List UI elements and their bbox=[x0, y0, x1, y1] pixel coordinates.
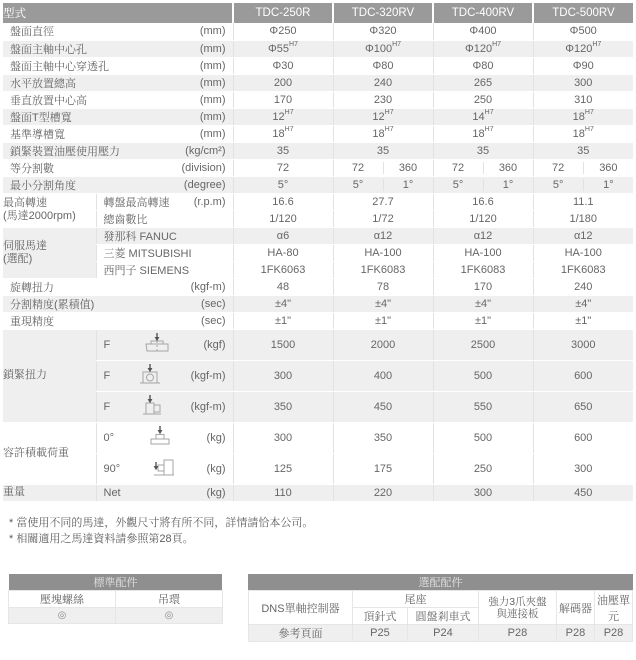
spec-label: 盤面直徑 bbox=[10, 23, 54, 39]
spec-value: 360 bbox=[583, 162, 633, 174]
included-mark-icon: ◎ bbox=[115, 608, 222, 624]
spec-value-cell: 27.7 bbox=[333, 193, 433, 210]
spec-label: 水平放置總高 bbox=[10, 75, 76, 91]
spec-unit: (mm) bbox=[200, 111, 226, 123]
spec-unit: (mm) bbox=[200, 60, 226, 72]
spec-value-cell: 11.1 bbox=[533, 193, 633, 210]
spec-label-cell: 盤面直徑(mm) bbox=[3, 23, 233, 40]
spec-value-cell: ±1" bbox=[533, 312, 633, 329]
spec-label: 鎖緊裝置油壓使用壓力 bbox=[10, 143, 120, 159]
spec-value-cell: 1/120 bbox=[233, 210, 333, 227]
spec-sub-label: 轉盤最高轉速 bbox=[104, 194, 170, 210]
accessory-name: 壓塊螺絲 bbox=[9, 591, 116, 608]
spec-value-cell: 78 bbox=[333, 278, 433, 295]
spec-unit: (division) bbox=[181, 162, 225, 174]
spec-value-cell: 35 bbox=[433, 142, 533, 159]
spec-row: 盤面主軸中心穿透孔(mm)Φ30Φ80Φ80Φ90 bbox=[3, 57, 633, 74]
spec-unit: (sec) bbox=[201, 298, 225, 310]
spec-row: 三菱 MITSUBISHIHA-80HA-100HA-100HA-100 bbox=[3, 244, 633, 261]
spec-row: 垂直放置中心高(mm)170230250310 bbox=[3, 91, 633, 108]
spec-value: 360 bbox=[483, 162, 533, 174]
spec-sub-label-cell: Net(kg) bbox=[96, 484, 233, 501]
spec-value-cell: 125 bbox=[233, 453, 333, 484]
table-row: ◎ ◎ bbox=[9, 608, 223, 624]
spec-value-cell: Φ320 bbox=[333, 23, 433, 40]
spec-group-label: 最高轉速 (馬達2000rpm) bbox=[3, 193, 96, 227]
spec-value-cell: 250 bbox=[433, 91, 533, 108]
spec-row: 盤面主軸中心孔(mm)Φ55H7Φ100H7Φ120H7Φ120H7 bbox=[3, 40, 633, 57]
spec-row: 最高轉速 (馬達2000rpm)轉盤最高轉速(r.p.m)16.627.716.… bbox=[3, 193, 633, 210]
reference-page: P25 bbox=[352, 625, 407, 642]
spec-row: 旋轉扭力(kgf-m)4878170240 bbox=[3, 278, 633, 295]
clamp-force-radial-icon bbox=[135, 363, 165, 385]
spec-unit: (kgf-m) bbox=[191, 401, 226, 413]
spec-sub-label-cell: 西門子 SIEMENS bbox=[96, 261, 233, 278]
spec-value-cell: 600 bbox=[533, 422, 633, 453]
spec-value-cell: 12H7 bbox=[233, 108, 333, 125]
spec-sub-label-cell: 0°(kg) bbox=[96, 422, 233, 453]
reference-page-label: 參考頁面 bbox=[248, 625, 352, 642]
spec-label: 最小分割角度 bbox=[10, 177, 76, 193]
spec-value-cell: HA-100 bbox=[433, 244, 533, 261]
accessory-name: 油壓單元 bbox=[594, 591, 632, 625]
spec-value-cell: 1FK6083 bbox=[333, 261, 433, 278]
spec-value: 72 bbox=[234, 162, 333, 174]
spec-label-cell: 分割精度(累積值)(sec) bbox=[3, 295, 233, 312]
spec-label-cell: 盤面T型槽寬(mm) bbox=[3, 108, 233, 125]
spec-value-cell: 1/72 bbox=[333, 210, 433, 227]
included-mark-icon: ◎ bbox=[9, 608, 116, 624]
spec-row: 90°(kg)125175250300 bbox=[3, 453, 633, 484]
reference-page: P28 bbox=[478, 625, 556, 642]
standard-accessories-table: 標準配件 壓塊螺絲 吊環 ◎ ◎ bbox=[8, 574, 223, 625]
spec-label: 旋轉扭力 bbox=[10, 279, 54, 295]
spec-label-cell: 重現精度(sec) bbox=[3, 312, 233, 329]
spec-value-cell: 5°1° bbox=[533, 176, 633, 193]
spec-unit: (sec) bbox=[201, 315, 225, 327]
spec-row: 重量Net(kg)110220300450 bbox=[3, 484, 633, 501]
spec-group-label: 容許積載荷重 bbox=[3, 422, 96, 484]
spec-value-cell: 35 bbox=[333, 142, 433, 159]
model-column-header: TDC-500RV bbox=[533, 3, 633, 23]
spec-value-cell: 220 bbox=[333, 484, 433, 501]
spec-sub-label-cell: F(kgf-m) bbox=[96, 360, 233, 391]
spec-header-row: 型式TDC-250RTDC-320RVTDC-400RVTDC-500RV bbox=[3, 3, 633, 23]
spec-value-cell: 170 bbox=[433, 278, 533, 295]
spec-unit: (kgf) bbox=[204, 339, 226, 351]
spec-sub-label: 總齒數比 bbox=[104, 211, 148, 227]
spec-row: 盤面直徑(mm)Φ250Φ320Φ400Φ500 bbox=[3, 23, 633, 40]
spec-value-cell: Φ55H7 bbox=[233, 40, 333, 57]
model-column-header: TDC-400RV bbox=[433, 3, 533, 23]
spec-value-cell: 1FK6083 bbox=[533, 261, 633, 278]
spec-value: 5° bbox=[534, 179, 583, 191]
spec-value-cell: ±4" bbox=[433, 295, 533, 312]
spec-value-cell: 110 bbox=[233, 484, 333, 501]
spec-value-cell: 300 bbox=[533, 74, 633, 91]
spec-unit: (mm) bbox=[200, 25, 226, 37]
spec-value-cell: 1/120 bbox=[433, 210, 533, 227]
spec-value-cell: 600 bbox=[533, 360, 633, 391]
spec-value-cell: 18H7 bbox=[533, 125, 633, 142]
spec-value-cell: 300 bbox=[433, 484, 533, 501]
spec-value-cell: 5° bbox=[233, 176, 333, 193]
spec-value-cell: 1FK6063 bbox=[233, 261, 333, 278]
spec-sub-label: 0° bbox=[104, 432, 115, 444]
spec-sub-label: F bbox=[104, 339, 111, 351]
clamp-force-axial-icon-wrap bbox=[110, 332, 203, 357]
spec-sheet: 型式TDC-250RTDC-320RVTDC-400RVTDC-500RV盤面直… bbox=[0, 0, 636, 642]
spec-group-label: 鎖緊扭力 bbox=[3, 329, 96, 422]
type-column-header: 型式 bbox=[3, 3, 233, 23]
spec-value-cell: ±1" bbox=[433, 312, 533, 329]
spec-unit: (mm) bbox=[200, 77, 226, 89]
spec-label: 等分割數 bbox=[10, 160, 54, 176]
spec-sub-label-cell: F(kgf-m) bbox=[96, 391, 233, 422]
spec-value: 1° bbox=[583, 179, 633, 191]
load-vertical-icon-wrap bbox=[120, 456, 206, 481]
spec-label: 垂直放置中心高 bbox=[10, 92, 87, 108]
accessory-name: 強力3爪夾盤 與連接板 bbox=[478, 591, 556, 625]
spec-unit: (mm) bbox=[200, 128, 226, 140]
spec-unit: (r.p.m) bbox=[194, 196, 226, 208]
spec-value: 1° bbox=[383, 179, 433, 191]
spec-unit: (kg) bbox=[207, 463, 226, 475]
footnote-line: * 相關適用之馬達資料請參照第28頁。 bbox=[9, 531, 633, 547]
spec-value-cell: 350 bbox=[233, 391, 333, 422]
spec-value-cell: ±4" bbox=[333, 295, 433, 312]
spec-value-cell: 450 bbox=[533, 484, 633, 501]
model-column-header: TDC-250R bbox=[233, 3, 333, 23]
spec-value-cell: 300 bbox=[533, 453, 633, 484]
spec-value-cell: 3000 bbox=[533, 329, 633, 360]
spec-row: 水平放置總高(mm)200240265300 bbox=[3, 74, 633, 91]
spec-value-cell: 1/180 bbox=[533, 210, 633, 227]
spec-value-cell: 18H7 bbox=[333, 125, 433, 142]
spec-value-cell: 300 bbox=[233, 360, 333, 391]
spec-label-cell: 水平放置總高(mm) bbox=[3, 74, 233, 91]
spec-value-cell: 350 bbox=[333, 422, 433, 453]
accessory-tables: 標準配件 壓塊螺絲 吊環 ◎ ◎ 選配配件 bbox=[3, 574, 633, 643]
spec-value-cell: HA-100 bbox=[333, 244, 433, 261]
spec-value-cell: 12H7 bbox=[333, 108, 433, 125]
footnote-line: * 當使用不同的馬達，外觀尺寸將有所不同，詳情請恰本公司。 bbox=[9, 515, 633, 531]
optional-accessories-table: 選配配件 DNS單軸控制器 尾座 強力3爪夾盤 與連接板 解碼器 油壓單元 頂針… bbox=[248, 574, 633, 643]
spec-row: 基準導槽寬(mm)18H718H718H718H7 bbox=[3, 125, 633, 142]
spec-table-container: 型式TDC-250RTDC-320RVTDC-400RVTDC-500RV盤面直… bbox=[3, 3, 633, 502]
spec-sub-label-cell: 發那科 FANUC bbox=[96, 227, 233, 244]
clamp-force-tilt-icon-wrap bbox=[110, 394, 190, 419]
spec-value-cell: 18H7 bbox=[233, 125, 333, 142]
spec-value-cell: α12 bbox=[333, 227, 433, 244]
spec-row: 伺服馬達 (選配)發那科 FANUCα6α12α12α12 bbox=[3, 227, 633, 244]
spec-value-cell: 18H7 bbox=[533, 108, 633, 125]
spec-value-cell: 1500 bbox=[233, 329, 333, 360]
spec-value-cell: 250 bbox=[433, 453, 533, 484]
spec-value-cell: 14H7 bbox=[433, 108, 533, 125]
table-row: 壓塊螺絲 吊環 bbox=[9, 591, 223, 608]
spec-sub-label-cell: 總齒數比 bbox=[96, 210, 233, 227]
spec-row: 西門子 SIEMENS1FK60631FK60831FK60831FK6083 bbox=[3, 261, 633, 278]
accessory-name: 圓盤剎車式 bbox=[407, 608, 478, 625]
spec-value-cell: Φ400 bbox=[433, 23, 533, 40]
spec-value-cell: 400 bbox=[333, 360, 433, 391]
spec-value-cell: 650 bbox=[533, 391, 633, 422]
spec-row: 鎖緊裝置油壓使用壓力(kg/cm²)35353535 bbox=[3, 142, 633, 159]
spec-value-cell: 72360 bbox=[333, 159, 433, 176]
table-row: 參考頁面 P25 P24 P28 P28 P28 bbox=[248, 625, 632, 642]
spec-value-cell: Φ120H7 bbox=[433, 40, 533, 57]
spec-label-cell: 鎖緊裝置油壓使用壓力(kg/cm²) bbox=[3, 142, 233, 159]
spec-value-cell: 500 bbox=[433, 422, 533, 453]
reference-page: P24 bbox=[407, 625, 478, 642]
spec-value: 5° bbox=[434, 179, 483, 191]
spec-value-cell: 35 bbox=[233, 142, 333, 159]
spec-value-cell: 500 bbox=[433, 360, 533, 391]
spec-value-cell: Φ80 bbox=[333, 57, 433, 74]
spec-row: 容許積載荷重0°(kg)300350500600 bbox=[3, 422, 633, 453]
spec-value-cell: Φ80 bbox=[433, 57, 533, 74]
spec-unit: (kgf-m) bbox=[191, 281, 226, 293]
spec-label-cell: 基準導槽寬(mm) bbox=[3, 125, 233, 142]
spec-unit: (kg) bbox=[207, 487, 226, 499]
spec-sub-label-cell: F(kgf) bbox=[96, 329, 233, 360]
accessory-name: 解碼器 bbox=[556, 591, 594, 625]
spec-value-cell: 5°1° bbox=[333, 176, 433, 193]
spec-value-cell: Φ120H7 bbox=[533, 40, 633, 57]
spec-value-cell: 200 bbox=[233, 74, 333, 91]
spec-value-cell: 550 bbox=[433, 391, 533, 422]
spec-value-cell: Φ30 bbox=[233, 57, 333, 74]
spec-row: 鎖緊扭力F(kgf)1500200025003000 bbox=[3, 329, 633, 360]
spec-value-cell: α6 bbox=[233, 227, 333, 244]
spec-value-cell: ±1" bbox=[233, 312, 333, 329]
spec-value-cell: 170 bbox=[233, 91, 333, 108]
spec-value-cell: 2000 bbox=[333, 329, 433, 360]
clamp-force-tilt-icon bbox=[135, 394, 165, 416]
spec-unit: (kg) bbox=[207, 432, 226, 444]
spec-value: 72 bbox=[434, 162, 483, 174]
spec-row: 分割精度(累積值)(sec)±4"±4"±4"±4" bbox=[3, 295, 633, 312]
spec-label-cell: 等分割數(division) bbox=[3, 159, 233, 176]
spec-value-cell: α12 bbox=[433, 227, 533, 244]
spec-value-cell: HA-80 bbox=[233, 244, 333, 261]
spec-label: 基準導槽寬 bbox=[10, 126, 65, 142]
spec-value-cell: 450 bbox=[333, 391, 433, 422]
accessory-name: 尾座 bbox=[352, 591, 478, 608]
accessory-name: 頂針式 bbox=[352, 608, 407, 625]
spec-label-cell: 垂直放置中心高(mm) bbox=[3, 91, 233, 108]
spec-unit: (kg/cm²) bbox=[185, 145, 225, 157]
spec-value-cell: 16.6 bbox=[233, 193, 333, 210]
load-horizontal-icon bbox=[145, 425, 175, 447]
spec-sub-label-cell: 轉盤最高轉速(r.p.m) bbox=[96, 193, 233, 210]
spec-value-cell: 72360 bbox=[533, 159, 633, 176]
spec-sub-label: 90° bbox=[104, 463, 121, 475]
spec-label: 重現精度 bbox=[10, 313, 54, 329]
spec-label-cell: 旋轉扭力(kgf-m) bbox=[3, 278, 233, 295]
accessory-name: 吊環 bbox=[115, 591, 222, 608]
spec-unit: (kgf-m) bbox=[191, 370, 226, 382]
spec-table: 型式TDC-250RTDC-320RVTDC-400RVTDC-500RV盤面直… bbox=[3, 3, 633, 502]
reference-page: P28 bbox=[556, 625, 594, 642]
spec-group-label: 伺服馬達 (選配) bbox=[3, 227, 96, 278]
spec-value: 72 bbox=[334, 162, 383, 174]
table-row: DNS單軸控制器 尾座 強力3爪夾盤 與連接板 解碼器 油壓單元 bbox=[248, 591, 632, 608]
spec-value-cell: ±4" bbox=[233, 295, 333, 312]
spec-value-cell: α12 bbox=[533, 227, 633, 244]
spec-unit: (mm) bbox=[200, 43, 226, 55]
model-column-header: TDC-320RV bbox=[333, 3, 433, 23]
spec-row: 盤面T型槽寬(mm)12H712H714H718H7 bbox=[3, 108, 633, 125]
standard-accessories-title: 標準配件 bbox=[9, 574, 223, 591]
spec-label: 盤面主軸中心孔 bbox=[10, 41, 87, 57]
spec-value-cell: ±4" bbox=[533, 295, 633, 312]
spec-value-cell: Φ250 bbox=[233, 23, 333, 40]
spec-value-cell: 230 bbox=[333, 91, 433, 108]
spec-value-cell: 300 bbox=[233, 422, 333, 453]
spec-row: F(kgf-m)350450550650 bbox=[3, 391, 633, 422]
spec-value-cell: 175 bbox=[333, 453, 433, 484]
spec-value-cell: 5°1° bbox=[433, 176, 533, 193]
spec-value-cell: Φ90 bbox=[533, 57, 633, 74]
spec-group-label: 重量 bbox=[3, 484, 96, 501]
spec-unit: (mm) bbox=[200, 94, 226, 106]
spec-label: 盤面T型槽寬 bbox=[10, 109, 72, 125]
spec-unit: (degree) bbox=[184, 179, 226, 191]
footnotes: * 當使用不同的馬達，外觀尺寸將有所不同，詳情請恰本公司。 * 相關適用之馬達資… bbox=[9, 515, 633, 547]
spec-value-cell: HA-100 bbox=[533, 244, 633, 261]
spec-sub-label: 發那科 FANUC bbox=[104, 228, 177, 244]
accessory-name: DNS單軸控制器 bbox=[248, 591, 352, 625]
spec-value: 5° bbox=[334, 179, 383, 191]
spec-row: F(kgf-m)300400500600 bbox=[3, 360, 633, 391]
spec-sub-label-cell: 90°(kg) bbox=[96, 453, 233, 484]
spec-row: 最小分割角度(degree)5°5°1°5°1°5°1° bbox=[3, 176, 633, 193]
spec-value-cell: 310 bbox=[533, 91, 633, 108]
reference-page: P28 bbox=[594, 625, 632, 642]
spec-value-cell: 1FK6083 bbox=[433, 261, 533, 278]
spec-sub-label: F bbox=[104, 370, 111, 382]
spec-label: 分割精度(累積值) bbox=[10, 296, 94, 312]
spec-sub-label: Net bbox=[104, 487, 121, 499]
clamp-force-axial-icon bbox=[142, 332, 172, 354]
spec-value: 5° bbox=[234, 179, 333, 191]
spec-value: 72 bbox=[534, 162, 583, 174]
spec-row: 總齒數比1/1201/721/1201/180 bbox=[3, 210, 633, 227]
spec-value-cell: ±1" bbox=[333, 312, 433, 329]
spec-value-cell: 35 bbox=[533, 142, 633, 159]
load-vertical-icon bbox=[148, 456, 178, 478]
spec-label: 盤面主軸中心穿透孔 bbox=[10, 58, 109, 74]
spec-row: 重現精度(sec)±1"±1"±1"±1" bbox=[3, 312, 633, 329]
spec-label-cell: 最小分割角度(degree) bbox=[3, 176, 233, 193]
spec-value: 1° bbox=[483, 179, 533, 191]
spec-value-cell: 48 bbox=[233, 278, 333, 295]
spec-label-cell: 盤面主軸中心穿透孔(mm) bbox=[3, 57, 233, 74]
spec-label-cell: 盤面主軸中心孔(mm) bbox=[3, 40, 233, 57]
spec-value-cell: 240 bbox=[533, 278, 633, 295]
spec-value-cell: 72 bbox=[233, 159, 333, 176]
optional-accessories-title: 選配配件 bbox=[248, 574, 632, 591]
spec-value-cell: 2500 bbox=[433, 329, 533, 360]
spec-value-cell: 72360 bbox=[433, 159, 533, 176]
spec-sub-label-cell: 三菱 MITSUBISHI bbox=[96, 244, 233, 261]
spec-value-cell: 240 bbox=[333, 74, 433, 91]
spec-value-cell: 18H7 bbox=[433, 125, 533, 142]
clamp-force-radial-icon-wrap bbox=[110, 363, 190, 388]
spec-value-cell: 16.6 bbox=[433, 193, 533, 210]
spec-row: 等分割數(division)72723607236072360 bbox=[3, 159, 633, 176]
spec-sub-label: 三菱 MITSUBISHI bbox=[104, 245, 192, 261]
load-horizontal-icon-wrap bbox=[114, 425, 207, 450]
spec-value-cell: Φ100H7 bbox=[333, 40, 433, 57]
spec-sub-label: F bbox=[104, 401, 111, 413]
spec-sub-label: 西門子 SIEMENS bbox=[104, 262, 190, 278]
spec-value: 360 bbox=[383, 162, 433, 174]
spec-value-cell: Φ500 bbox=[533, 23, 633, 40]
spec-value-cell: 265 bbox=[433, 74, 533, 91]
